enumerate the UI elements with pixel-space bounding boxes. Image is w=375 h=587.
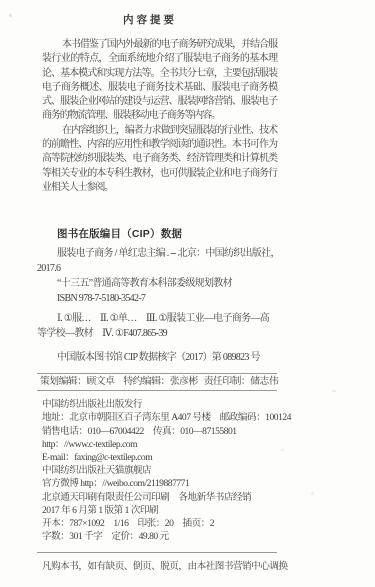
format-line: 开本：787×1092 1/16 印张：20 插页：2 — [42, 517, 277, 530]
wordcount-price-line: 字数：301 千字 定价：49.80 元 — [42, 530, 277, 543]
print-supervisor: 责任印制：储志伟 — [204, 376, 278, 388]
publisher-block: 中国纺织出版社出版发行 地址：北京市朝阳区百子湾东里 A407 号楼 邮政编码：… — [37, 398, 277, 543]
cip-heading: 图书在版编目（CIP）数据 — [37, 226, 277, 241]
publisher-tmall-store-line: 中国纺织出版社天猫旗舰店 — [42, 464, 277, 477]
scan-speck — [311, 492, 314, 495]
cip-date-line: 2017.6 — [37, 261, 277, 276]
summary-paragraph-1: 本书借鉴了国内外最新的电子商务研究成果，并结合服装行业的特点，全面系统地介绍了服… — [37, 38, 277, 124]
scan-speck — [332, 390, 336, 392]
cip-record-number-line: 中国版本图书馆 CIP 数据核字（2017）第 089823 号 — [37, 350, 277, 365]
publisher-website-line: http：//www.c-textilep.com — [42, 438, 277, 451]
publisher-name-line: 中国纺织出版社出版发行 — [42, 398, 277, 411]
scan-speck — [9, 14, 12, 17]
cip-classification-line-2: 等学校—教材 Ⅳ. ①F407.865-39 — [37, 326, 277, 341]
publisher-email-line: E-mail：faxing@c-textilep.com — [42, 451, 277, 464]
publisher-address-line: 地址：北京市朝阳区百子湾东里 A407 号楼 邮政编码：100124 — [42, 411, 277, 424]
special-editor: 特约编辑：张彦彬 — [123, 376, 197, 388]
cip-title-line: 服装电子商务 / 单红忠主编 . -- 北京：中国纺织出版社， — [37, 246, 277, 261]
editors-row: 策划编辑：顾文卓 特约编辑：张彦彬 责任印制：储志伟 — [37, 373, 277, 391]
cip-block: 服装电子商务 / 单红忠主编 . -- 北京：中国纺织出版社， 2017.6 “… — [37, 246, 277, 365]
edition-line: 2017 年 6 月第 1 版第 1 次印刷 — [42, 504, 277, 517]
page-content: 内容提要 本书借鉴了国内外最新的电子商务研究成果，并结合服装行业的特点，全面系统… — [37, 0, 277, 572]
publisher-phone-line: 销售电话：010—67004422 传真：010—87155801 — [42, 425, 277, 438]
cip-classification-line-1: Ⅰ. ①服… Ⅱ. ①单… Ⅲ. ①服装工业—电子商务—高 — [37, 311, 277, 326]
publisher-weibo-line: 官方微博 http：//weibo.com/2119887771 — [42, 477, 277, 490]
printer-distributor-line: 北京通天印刷有限责任公司印刷 各地新华书店经销 — [42, 491, 277, 504]
scan-speck — [281, 449, 284, 451]
planning-editor: 策划编辑：顾文卓 — [40, 376, 114, 388]
cip-series-line: “十三五”普通高等教育本科部委级规划教材 — [37, 276, 277, 291]
cip-isbn-line: ISBN 978-7-5180-3542-7 — [37, 291, 277, 306]
page-title: 内容提要 — [30, 12, 270, 27]
replacement-notice: 凡购本书，如有缺页、倒页、脱页，由本社图书营销中心调换 — [37, 558, 277, 572]
book-copyright-page: 内容提要 本书借鉴了国内外最新的电子商务研究成果，并结合服装行业的特点，全面系统… — [0, 0, 375, 587]
summary-paragraph-2: 在内容组织上，编者力求做到突显服装的行业性、技术的前瞻性、内容的应用性和教学阅读… — [37, 124, 277, 195]
footer-divider — [37, 552, 277, 553]
